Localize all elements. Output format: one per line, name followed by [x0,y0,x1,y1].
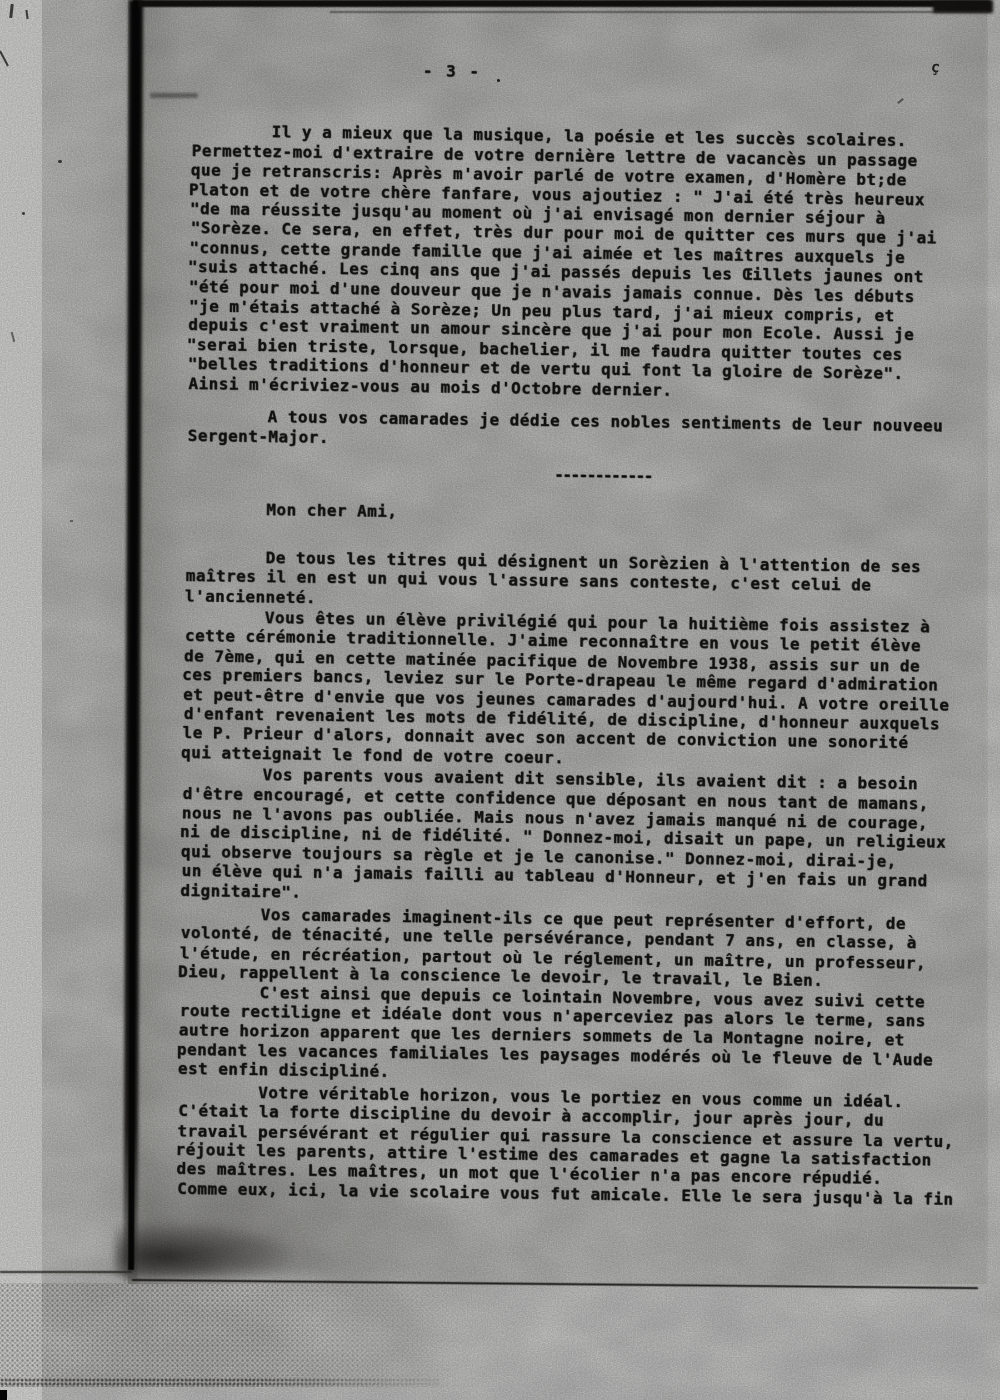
ink-speck [22,212,25,215]
paragraph: Vos camarades imaginent-ils ce que peut … [179,904,980,993]
separator: ------------ [554,465,986,490]
page-top-edge-line [330,11,990,13]
paragraph: C'est ainsi que depuis ce lointain Novem… [178,982,979,1090]
salutation: Mon cher Ami, [186,499,986,530]
adjacent-page-surface [0,0,132,1276]
paragraph: Vos parents vous avaient dit sensible, i… [180,764,982,911]
paragraph: Votre véritable horizon, vous le portiez… [176,1082,978,1210]
paragraph: De tous les titres qui désignent un Sorè… [184,547,985,616]
text-line: Mon cher Ami, [186,499,986,530]
paragraph: A tous vos camarades je dédie ces nobles… [187,406,987,456]
scanned-letter-page: ç - 3 - Il y a mieux que la musique, la … [0,0,1000,1400]
adjacent-page-bottom-edge [0,1271,132,1273]
ink-speck [58,160,62,163]
scan-corner-mark [0,1390,7,1400]
ink-speck [70,520,73,522]
paragraph: Il y a mieux que la musique, la poésie e… [187,121,991,404]
scan-right-margin [984,0,1000,1400]
paragraph: Vous êtes un élève privilégié qui pour l… [182,607,984,773]
text-block: - 3 - Il y a mieux que la musique, la po… [176,58,992,1209]
gutter-shadow-dark [116,1222,291,1277]
page-top-edge [138,0,990,7]
text-line: ------------ [554,465,986,490]
book-cover-texture [0,1283,520,1387]
